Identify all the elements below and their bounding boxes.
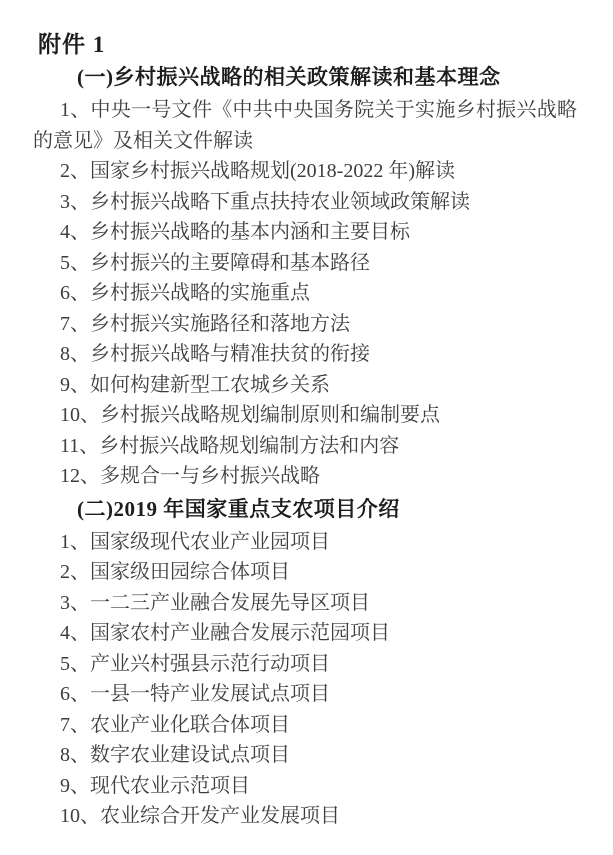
list-item: 11、乡村振兴战略规划编制方法和内容 (33, 431, 577, 462)
list-item: 7、农业产业化联合体项目 (33, 710, 577, 741)
list-item: 4、乡村振兴战略的基本内涵和主要目标 (33, 217, 577, 248)
section-1-heading: (一)乡村振兴战略的相关政策解读和基本理念 (33, 60, 577, 95)
list-item: 9、现代农业示范项目 (33, 771, 577, 802)
list-item: 4、国家农村产业融合发展示范园项目 (33, 618, 577, 649)
list-item: 1、中央一号文件《中共中央国务院关于实施乡村振兴战略的意见》及相关文件解读 (33, 95, 577, 156)
list-item: 3、乡村振兴战略下重点扶持农业领域政策解读 (33, 187, 577, 218)
section-2-heading: (二)2019 年国家重点支农项目介绍 (33, 492, 577, 527)
list-item: 8、乡村振兴战略与精准扶贫的衔接 (33, 339, 577, 370)
document-page: 附件 1 (一)乡村振兴战略的相关政策解读和基本理念 1、中央一号文件《中共中央… (0, 0, 613, 855)
list-item: 3、一二三产业融合发展先导区项目 (33, 588, 577, 619)
list-item: 6、一县一特产业发展试点项目 (33, 679, 577, 710)
list-item: 6、乡村振兴战略的实施重点 (33, 278, 577, 309)
list-item: 5、乡村振兴的主要障碍和基本路径 (33, 248, 577, 279)
list-item: 2、国家乡村振兴战略规划(2018-2022 年)解读 (33, 156, 577, 187)
attachment-title: 附件 1 (33, 30, 577, 60)
list-item: 9、如何构建新型工农城乡关系 (33, 370, 577, 401)
list-item: 10、乡村振兴战略规划编制原则和编制要点 (33, 400, 577, 431)
list-item: 7、乡村振兴实施路径和落地方法 (33, 309, 577, 340)
list-item: 1、国家级现代农业产业园项目 (33, 527, 577, 558)
list-item: 10、农业综合开发产业发展项目 (33, 801, 577, 832)
list-item: 12、多规合一与乡村振兴战略 (33, 461, 577, 492)
list-item: 5、产业兴村强县示范行动项目 (33, 649, 577, 680)
list-item: 8、数字农业建设试点项目 (33, 740, 577, 771)
list-item: 2、国家级田园综合体项目 (33, 557, 577, 588)
